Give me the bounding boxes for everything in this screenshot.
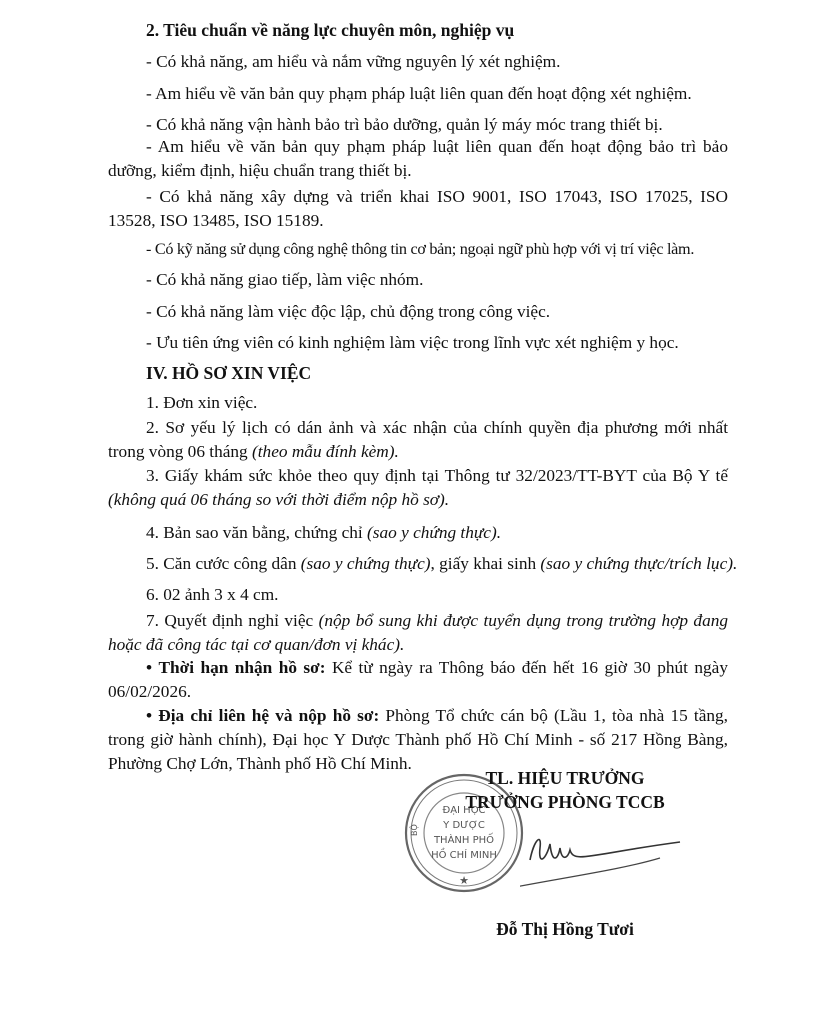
requirement-item: - Ưu tiên ứng viên có kinh nghiệm làm vi…: [146, 333, 679, 353]
signature-position: TRƯỞNG PHÒNG TCCB: [440, 792, 690, 813]
address-label: Địa chỉ liên hệ và nộp hồ sơ:: [158, 706, 379, 725]
application-item-note: (sao y chứng thực): [301, 554, 431, 573]
application-item: 4. Bản sao văn bằng, chứng chỉ (sao y ch…: [146, 523, 501, 543]
bullet: •: [146, 706, 152, 725]
deadline-paragraph: • Thời hạn nhận hồ sơ: Kể từ ngày ra Thô…: [108, 656, 728, 704]
svg-text:Y DƯỢC: Y DƯỢC: [442, 820, 485, 831]
requirement-item: - Am hiểu về văn bản quy phạm pháp luật …: [108, 135, 728, 183]
signature-title: TL. HIỆU TRƯỞNG: [440, 768, 690, 789]
svg-text:THÀNH PHỐ: THÀNH PHỐ: [433, 832, 494, 846]
requirement-item: - Có khả năng làm việc độc lập, chủ động…: [146, 302, 550, 322]
application-item-text: 7. Quyết định nghỉ việc: [146, 611, 319, 630]
requirement-item: - Có kỹ năng sử dụng công nghệ thông tin…: [146, 239, 694, 259]
deadline-label: Thời hạn nhận hồ sơ:: [159, 658, 326, 677]
handwritten-signature: [520, 820, 700, 900]
application-item: 6. 02 ảnh 3 x 4 cm.: [146, 585, 278, 605]
application-item-note: (sao y chứng thực/trích lục).: [540, 554, 737, 573]
svg-text:HỒ CHÍ MINH: HỒ CHÍ MINH: [431, 847, 497, 861]
application-item-text: 3. Giấy khám sức khỏe theo quy định tại …: [146, 466, 728, 485]
application-item-note: (không quá 06 tháng so với thời điểm nộp…: [108, 490, 449, 509]
section-4-heading: IV. HỒ SƠ XIN VIỆC: [146, 363, 311, 383]
application-item-text: 4. Bản sao văn bằng, chứng chỉ: [146, 523, 367, 542]
requirement-item: - Có khả năng xây dựng và triển khai ISO…: [108, 185, 728, 233]
requirement-item: - Am hiểu về văn bản quy phạm pháp luật …: [146, 84, 692, 104]
application-item: 1. Đơn xin việc.: [146, 393, 257, 413]
svg-text:BỘ: BỘ: [408, 824, 419, 836]
application-item: 5. Căn cước công dân (sao y chứng thực),…: [146, 554, 737, 574]
application-item-text: 2. Sơ yếu lý lịch có dán ảnh và xác nhận…: [108, 418, 728, 461]
requirement-item: - Có khả năng, am hiểu và nắm vững nguyê…: [146, 52, 560, 72]
application-item-text: , giấy khai sinh: [431, 554, 541, 573]
application-item-note: (theo mẫu đính kèm).: [252, 442, 399, 461]
bullet: •: [146, 658, 152, 677]
application-item: 2. Sơ yếu lý lịch có dán ảnh và xác nhận…: [108, 416, 728, 464]
requirement-item: - Có khả năng giao tiếp, làm việc nhóm.: [146, 270, 423, 290]
address-paragraph: • Địa chỉ liên hệ và nộp hồ sơ: Phòng Tổ…: [108, 704, 728, 776]
document-page: 2. Tiêu chuẩn về năng lực chuyên môn, ng…: [0, 0, 835, 1024]
application-item-text: 5. Căn cước công dân: [146, 554, 301, 573]
application-item-note: (sao y chứng thực).: [367, 523, 501, 542]
signatory-name: Đỗ Thị Hồng Tươi: [440, 919, 690, 940]
official-stamp: ĐẠI HỌC Y DƯỢC THÀNH PHỐ HỒ CHÍ MINH BỘ …: [403, 772, 525, 894]
application-item: 7. Quyết định nghỉ việc (nộp bổ sung khi…: [108, 609, 728, 657]
svg-text:★: ★: [459, 874, 469, 887]
application-item: 3. Giấy khám sức khỏe theo quy định tại …: [108, 464, 728, 512]
requirement-item: - Có khả năng vận hành bảo trì bảo dưỡng…: [146, 115, 663, 135]
section-2-heading: 2. Tiêu chuẩn về năng lực chuyên môn, ng…: [146, 20, 514, 40]
